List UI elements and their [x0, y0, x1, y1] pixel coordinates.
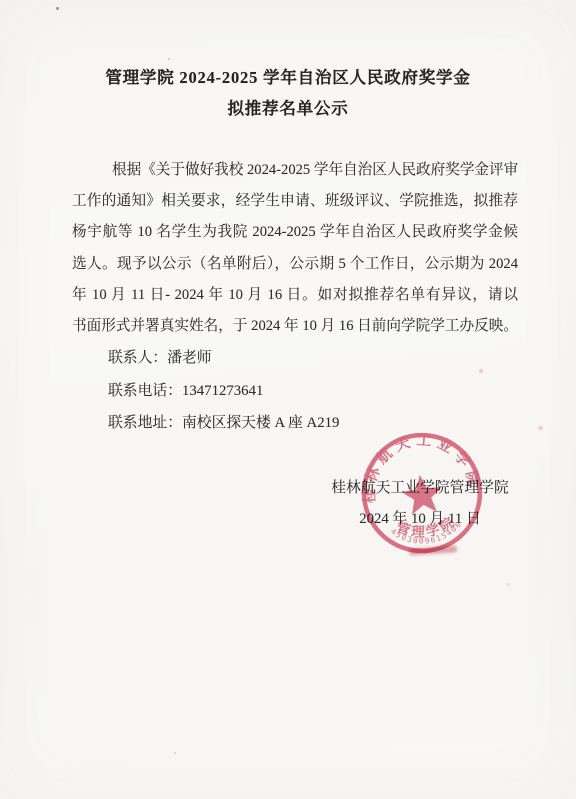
- official-seal: 桂林航天工业学院 管理学院 4503009615406: [351, 422, 494, 565]
- contact-person-line: 联系人：潘老师: [72, 342, 518, 375]
- body-line: 根据《关于做好我校 2024-2025 学年自治区人民政府奖学金评审: [72, 155, 518, 186]
- body-line: 书面形式并署真实姓名，于 2024 年 10 月 16 日前向学院学工办反映。: [72, 311, 518, 342]
- title-line-1: 管理学院 2024-2025 学年自治区人民政府奖学金: [40, 62, 536, 93]
- body-paragraph: 根据《关于做好我校 2024-2025 学年自治区人民政府奖学金评审 工作的通知…: [72, 155, 518, 342]
- body-line: 杨宇航等 10 名学生为我院 2024-2025 学年自治区人民政府奖学金候: [72, 217, 518, 248]
- contact-phone-line: 联系电话：13471273641: [72, 375, 518, 408]
- document-page: 管理学院 2024-2025 学年自治区人民政府奖学金 拟推荐名单公示 根据《关…: [0, 0, 576, 799]
- ink-speck: [507, 583, 510, 586]
- seal-star-icon: [400, 472, 445, 515]
- document-title: 管理学院 2024-2025 学年自治区人民政府奖学金 拟推荐名单公示: [40, 62, 536, 124]
- scan-speck: [168, 58, 170, 60]
- scan-speck: [174, 752, 176, 754]
- body-line: 工作的通知》相关要求，经学生申请、班级评议、学院推选，拟推荐: [72, 186, 518, 217]
- body-line: 年 10 月 11 日- 2024 年 10 月 16 日。如对拟推荐名单有异议…: [72, 280, 518, 311]
- ink-speck: [538, 426, 543, 430]
- body-line: 选人。现予以公示（名单附后），公示期 5 个工作日，公示期为 2024: [72, 249, 518, 280]
- title-line-2: 拟推荐名单公示: [40, 93, 536, 124]
- scan-speck: [56, 7, 59, 10]
- ink-speck: [479, 369, 483, 373]
